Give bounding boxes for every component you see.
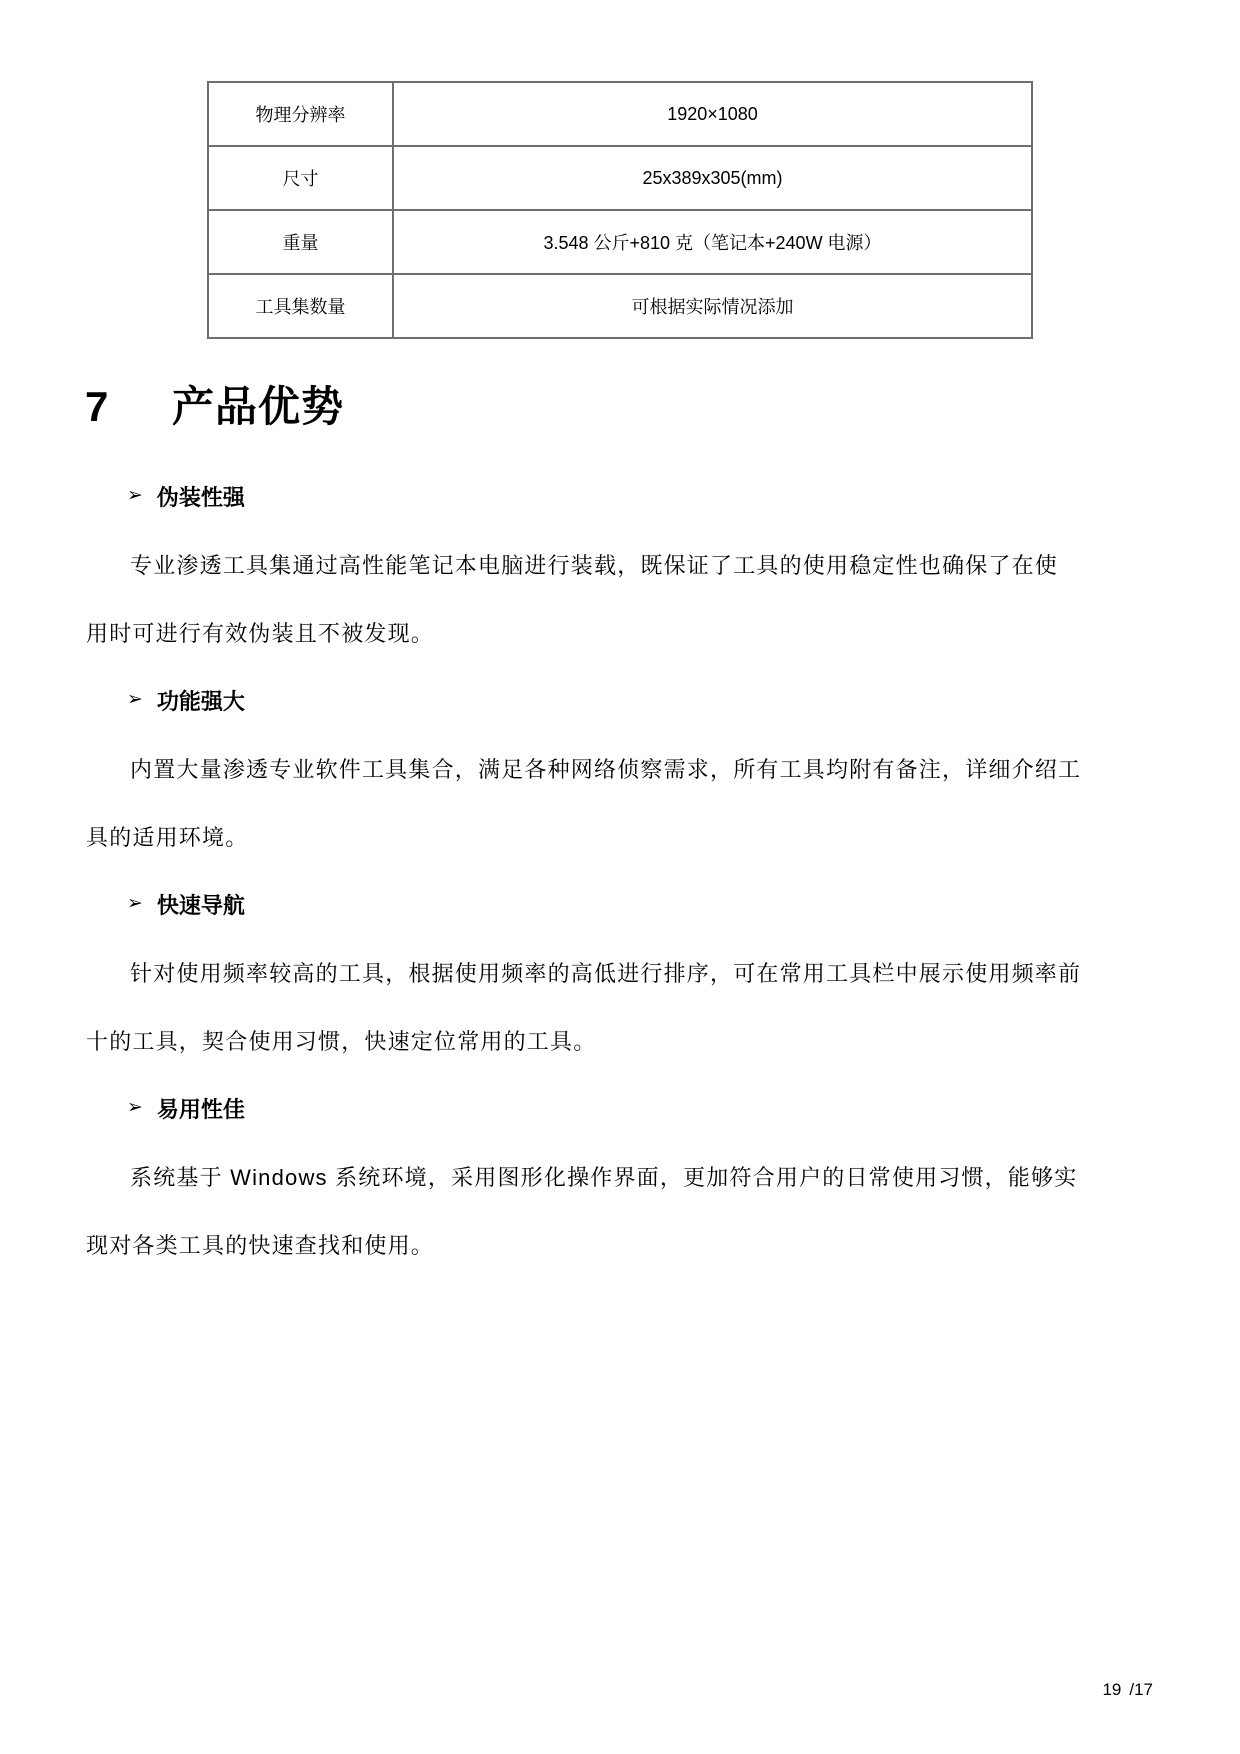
spec-table: 物理分辨率 1920×1080 尺寸 25x389x305(mm) 重量 3.5… [207, 81, 1033, 339]
bullet-arrow-icon: ➢ [127, 484, 143, 507]
spec-value: 25x389x305(mm) [393, 146, 1032, 210]
spec-label: 工具集数量 [208, 274, 393, 338]
bullet-item-usability: ➢ 易用性佳 [0, 1074, 1240, 1142]
bullet-item-navigation: ➢ 快速导航 [0, 870, 1240, 938]
page-number: 19/17 [1102, 1680, 1153, 1700]
paragraph-line: 系统基于 Windows 系统环境，采用图形化操作界面，更加符合用户的日常使用习… [0, 1142, 1240, 1210]
paragraph-line: 专业渗透工具集通过高性能笔记本电脑进行装载，既保证了工具的使用稳定性也确保了在使 [0, 530, 1240, 598]
table-row: 尺寸 25x389x305(mm) [208, 146, 1032, 210]
spec-value: 3.548 公斤+810 克（笔记本+240W 电源） [393, 210, 1032, 274]
advantages-list: ➢ 伪装性强 专业渗透工具集通过高性能笔记本电脑进行装载，既保证了工具的使用稳定… [0, 462, 1240, 1278]
section-heading: 7 产品优势 [85, 374, 344, 434]
page-current: 19 [1102, 1680, 1121, 1699]
bullet-arrow-icon: ➢ [127, 892, 143, 915]
document-page: 物理分辨率 1920×1080 尺寸 25x389x305(mm) 重量 3.5… [0, 0, 1240, 1754]
bullet-arrow-icon: ➢ [127, 688, 143, 711]
paragraph-line: 针对使用频率较高的工具，根据使用频率的高低进行排序，可在常用工具栏中展示使用频率… [0, 938, 1240, 1006]
paragraph-line: 现对各类工具的快速查找和使用。 [0, 1210, 1240, 1278]
bullet-item-powerful: ➢ 功能强大 [0, 666, 1240, 734]
spec-label: 重量 [208, 210, 393, 274]
table-row: 重量 3.548 公斤+810 克（笔记本+240W 电源） [208, 210, 1032, 274]
table-row: 工具集数量 可根据实际情况添加 [208, 274, 1032, 338]
spec-value: 1920×1080 [393, 82, 1032, 146]
paragraph-line: 具的适用环境。 [0, 802, 1240, 870]
spec-label: 尺寸 [208, 146, 393, 210]
paragraph-line: 用时可进行有效伪装且不被发现。 [0, 598, 1240, 666]
table-row: 物理分辨率 1920×1080 [208, 82, 1032, 146]
bullet-title: 易用性佳 [157, 1093, 245, 1124]
bullet-arrow-icon: ➢ [127, 1096, 143, 1119]
heading-number: 7 [85, 383, 109, 430]
bullet-title: 快速导航 [157, 889, 245, 920]
paragraph-line: 十的工具，契合使用习惯，快速定位常用的工具。 [0, 1006, 1240, 1074]
spec-value: 可根据实际情况添加 [393, 274, 1032, 338]
heading-title: 产品优势 [172, 383, 344, 430]
bullet-title: 功能强大 [157, 685, 245, 716]
page-total: /17 [1129, 1680, 1153, 1699]
bullet-title: 伪装性强 [157, 481, 245, 512]
bullet-item-camouflage: ➢ 伪装性强 [0, 462, 1240, 530]
spec-label: 物理分辨率 [208, 82, 393, 146]
paragraph-line: 内置大量渗透专业软件工具集合，满足各种网络侦察需求，所有工具均附有备注，详细介绍… [0, 734, 1240, 802]
